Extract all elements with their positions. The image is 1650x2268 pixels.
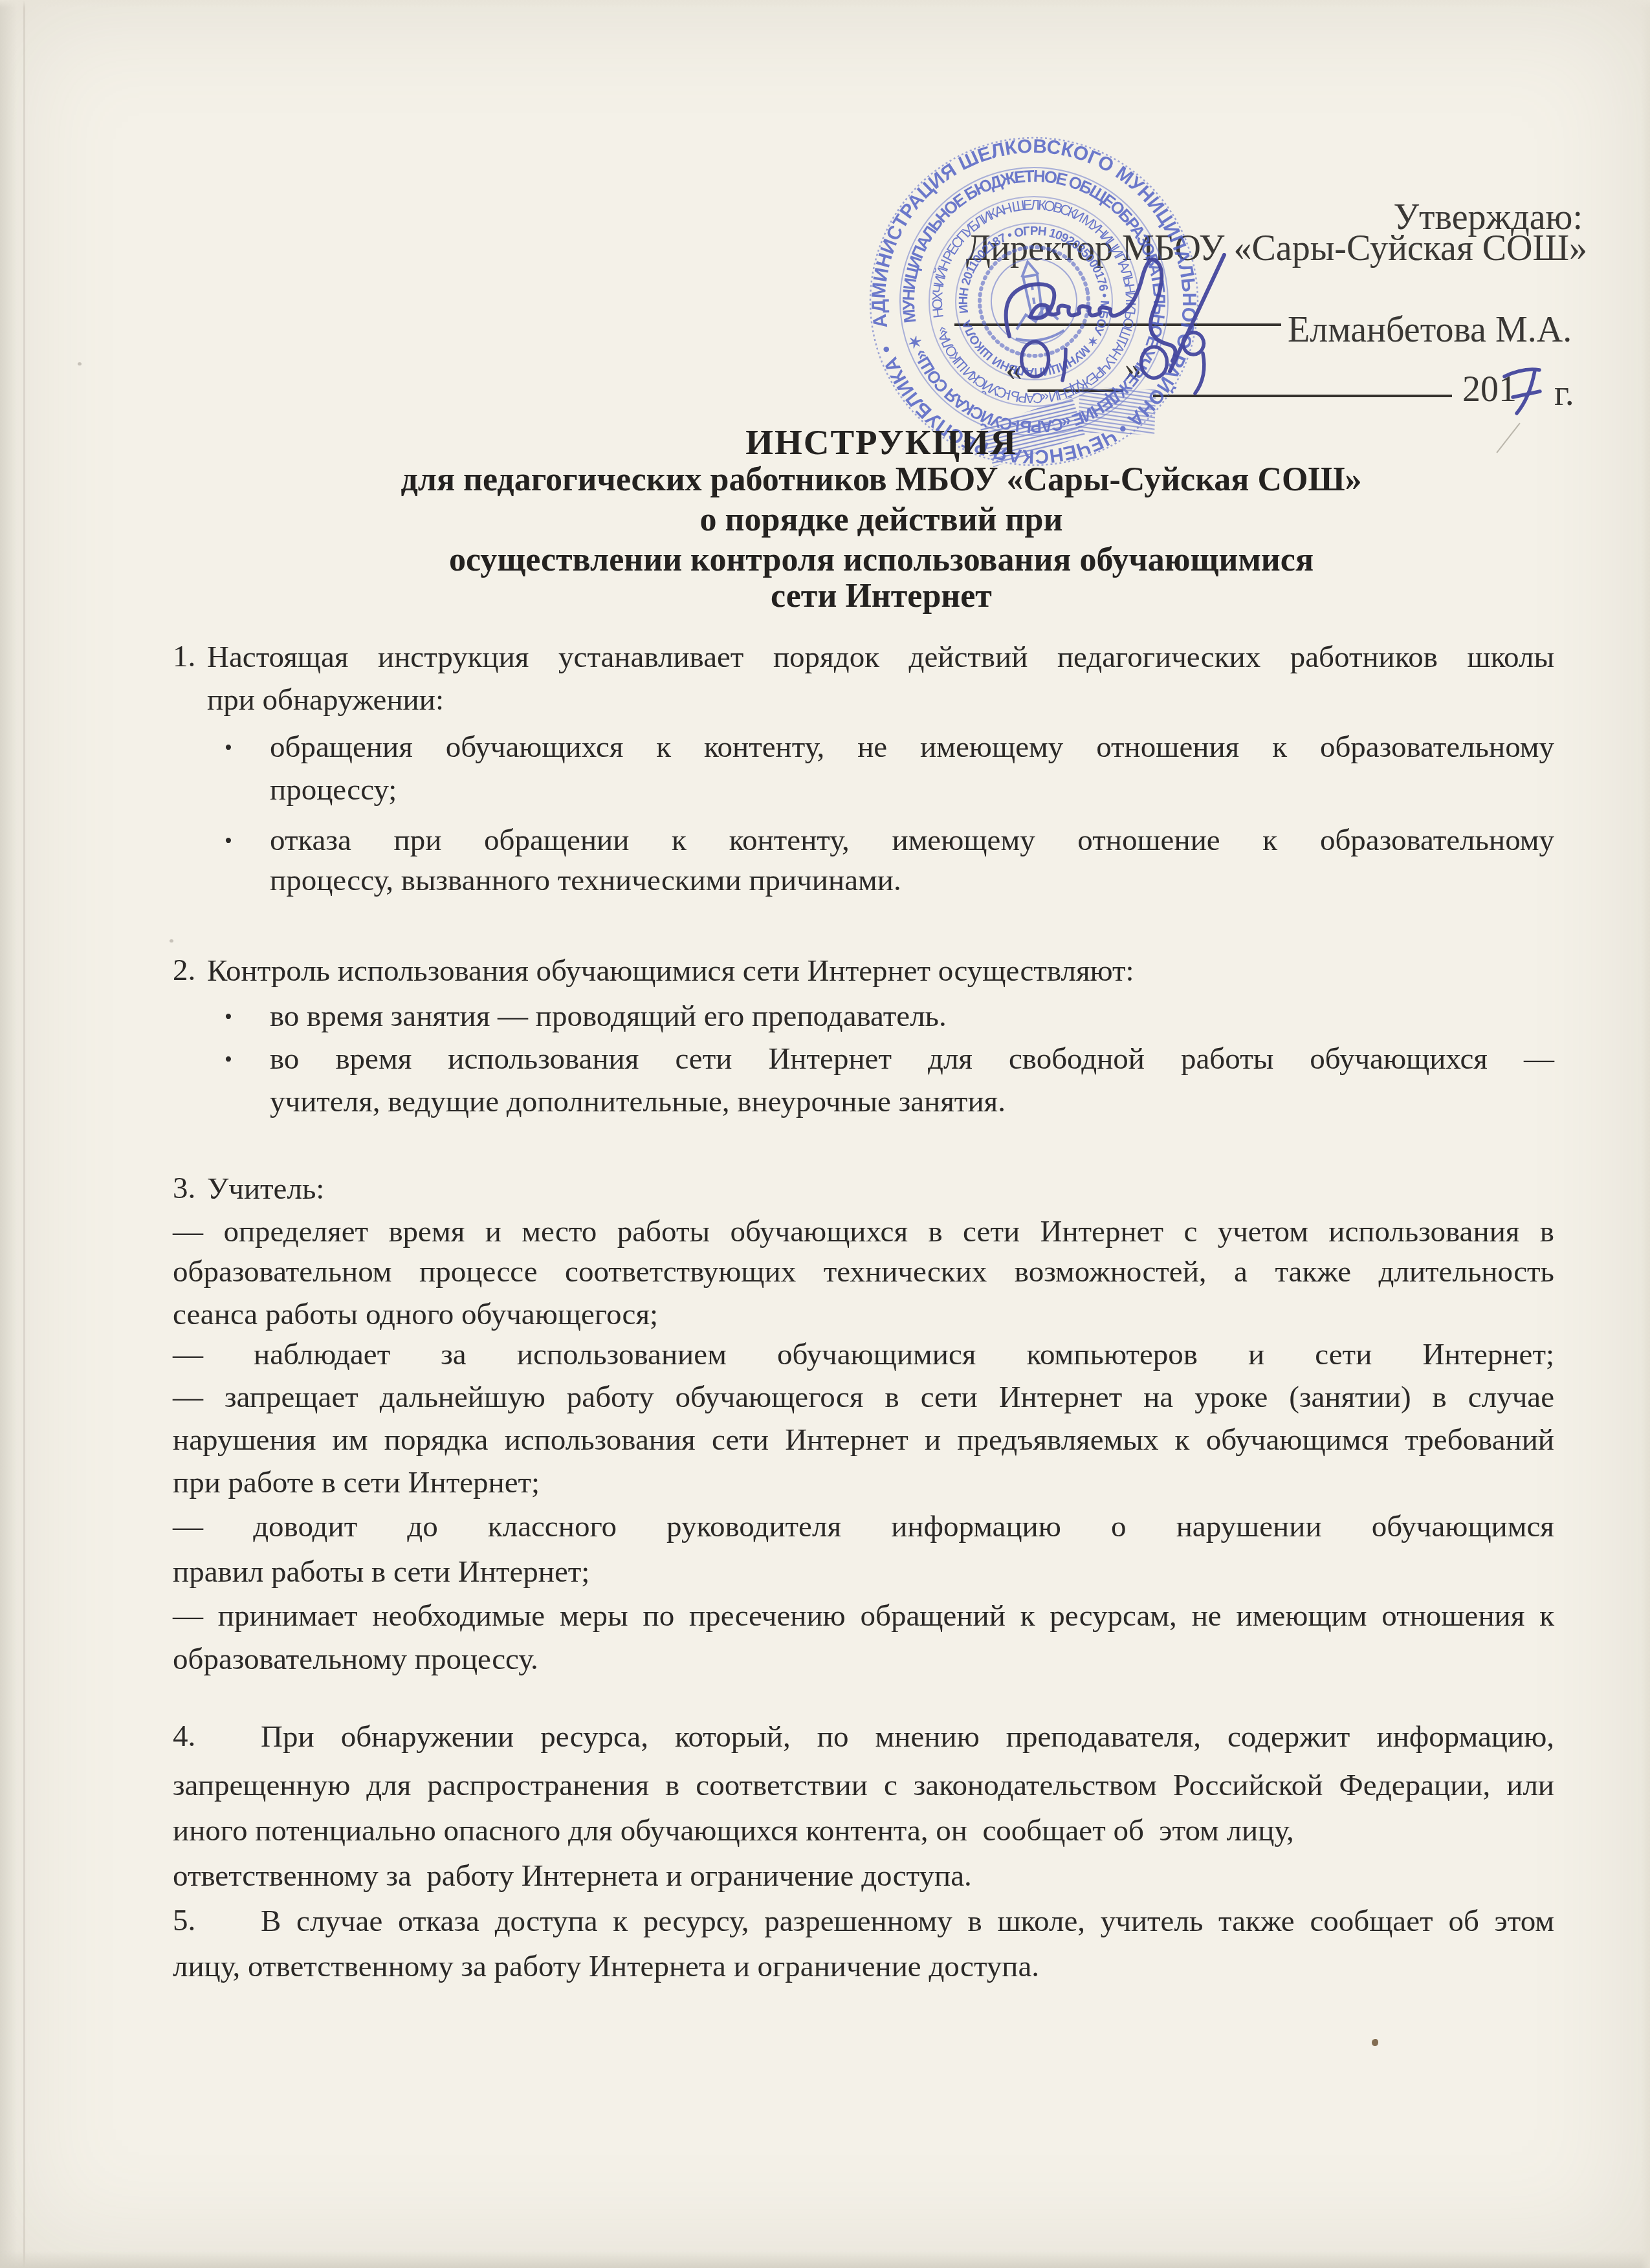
text-line: иного потенциально опасного для обучающи… bbox=[173, 1813, 1554, 1849]
bullet-marker: • bbox=[225, 1048, 232, 1073]
scan-edge-right bbox=[1641, 0, 1650, 2268]
text-line: отказа при обращении к контенту, имеющем… bbox=[270, 822, 1554, 858]
text-line: во время использования сети Интернет для… bbox=[270, 1041, 1554, 1077]
text-line: — наблюдает за использованием обучающими… bbox=[173, 1336, 1554, 1373]
scanned-document-page: Утверждаю: Директор МБОУ «Сары-Суйская С… bbox=[0, 0, 1650, 2268]
text-line: сеанса работы одного обучающегося; bbox=[173, 1296, 1554, 1333]
scan-edge-left bbox=[0, 0, 17, 2268]
text-line: нарушения им порядка использования сети … bbox=[173, 1422, 1554, 1458]
text-line: обращения обучающихся к контенту, не име… bbox=[270, 729, 1554, 765]
text-line: при работе в сети Интернет; bbox=[173, 1465, 1554, 1501]
text-line: Настоящая инструкция устанавливает поряд… bbox=[207, 639, 1554, 675]
text-line: образовательному процессу. bbox=[173, 1641, 1554, 1677]
text-line: В случае отказа доступа к ресурсу, разре… bbox=[261, 1903, 1554, 1939]
text-line: правил работы в сети Интернет; bbox=[173, 1554, 1554, 1590]
text-line: лицу, ответственному за работу Интернета… bbox=[173, 1948, 1554, 1985]
bullet-marker: • bbox=[225, 736, 232, 761]
text-line: При обнаружении ресурса, который, по мне… bbox=[261, 1719, 1554, 1755]
text-line: — доводит до классного руководителя инфо… bbox=[173, 1509, 1554, 1545]
item-number: 2. bbox=[173, 953, 195, 988]
item-number: 5. bbox=[173, 1903, 195, 1938]
text-line: процессу; bbox=[270, 772, 1554, 808]
body-text: 1.••2.••3.4.5.Настоящая инструкция устан… bbox=[173, 0, 1554, 2268]
text-line: при обнаружении: bbox=[207, 682, 1554, 718]
bullet-marker: • bbox=[225, 829, 232, 854]
text-line: образовательном процессе соответствующих… bbox=[173, 1254, 1554, 1290]
scan-fold-line bbox=[23, 0, 25, 2268]
speck-artifact bbox=[78, 362, 82, 365]
text-line: запрещенную для распространения в соотве… bbox=[173, 1767, 1554, 1804]
text-line: ответственному за работу Интернета и огр… bbox=[173, 1858, 1554, 1894]
item-number: 1. bbox=[173, 639, 195, 674]
text-line: — определяет время и место работы обучаю… bbox=[173, 1214, 1554, 1250]
bullet-marker: • bbox=[225, 1005, 232, 1030]
text-line: Контроль использования обучающимися сети… bbox=[207, 953, 1554, 989]
text-line: учителя, ведущие дополнительные, внеуроч… bbox=[270, 1084, 1554, 1120]
text-line: — запрещает дальнейшую работу обучающего… bbox=[173, 1379, 1554, 1415]
item-number: 4. bbox=[173, 1719, 195, 1754]
text-line: — принимает необходимые меры по пресечен… bbox=[173, 1598, 1554, 1634]
text-line: во время занятия — проводящий его препод… bbox=[270, 998, 1554, 1034]
text-line: Учитель: bbox=[207, 1171, 1554, 1207]
item-number: 3. bbox=[173, 1171, 195, 1206]
text-line: процессу, вызванного техническими причин… bbox=[270, 862, 1554, 899]
